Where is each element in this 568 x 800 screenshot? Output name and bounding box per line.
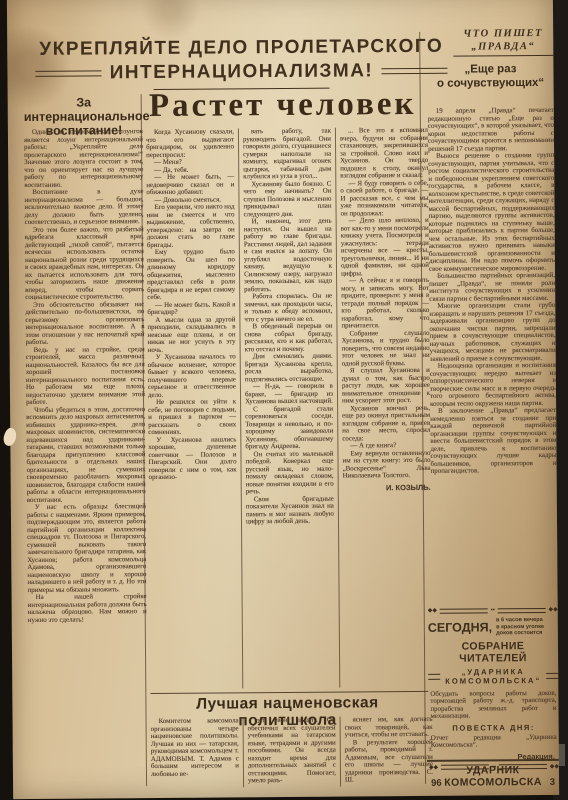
today-detail-line3: доков состоится — [496, 630, 542, 636]
right-article-body: 19 апреля „Правда“ печатает редакционную… — [428, 107, 558, 600]
ornament-glyph: ◆◆ — [548, 607, 557, 613]
paragraph: В результате хорошей работы, проводимой … — [345, 738, 433, 784]
paragraph: — Я буду говорить о себе, о своей работе… — [340, 179, 428, 217]
paragraph: Многие организации стали грубо извращать… — [429, 302, 555, 363]
right-article-title: „Еще раз о сочувствующих“ — [427, 63, 553, 91]
paragraph: вать работу, так руководить бригадой. Он… — [243, 128, 331, 181]
today-detail-line2: в красном уголке — [496, 624, 544, 630]
newspaper-page: УКРЕПЛЯЙТЕ ДЕЛО ПРОЛЕТАРСКОГО ИНТЕРНАЦИО… — [7, 0, 559, 799]
newspaper-scan: { "masthead": { "slogan_line1": "УКРЕПЛЯ… — [0, 0, 568, 800]
paragraph: Это тем более важно, что разбитый вдребе… — [25, 226, 145, 302]
paragraph: Вынося решение о создании групп сочувств… — [428, 152, 555, 273]
paragraph: Его уверили, что никто над ним не смеетс… — [146, 203, 234, 249]
slogan-line2-row: ИНТЕРНАЦИОНАЛИЗМА! — [35, 60, 447, 85]
meeting-title: СОБРАНИЕ ЧИТАТЕЛЕЙ — [428, 640, 558, 665]
page-number: 3 — [550, 777, 555, 788]
masthead-slogan: УКРЕПЛЯЙТЕ ДЕЛО ПРОЛЕТАРСКОГО ИНТЕРНАЦИО… — [35, 36, 447, 91]
ornament-line — [498, 607, 546, 612]
paragraph: 19 апреля „Правда“ печатает редакционную… — [428, 107, 554, 153]
paragraph: В обеденный перерыв он снова собрал бриг… — [244, 323, 332, 354]
double-rule-left — [35, 70, 101, 77]
box-paper-name-row: „УДАРНИКА КОМСОМОЛЬСКА“ — [428, 667, 558, 686]
paragraph: Свои бригадные показатели Хусаинов знал … — [246, 495, 334, 526]
paragraph: ясняет им, как догнать своих товарищей, … — [345, 716, 433, 739]
box-body-text: Обсудить вопросы работы доков, тормозяще… — [430, 690, 556, 721]
kicker-line1: ЧТО ПИШЕТ — [453, 27, 553, 41]
ornament-line — [440, 608, 488, 613]
slogan-line1: УКРЕПЛЯЙТЕ ДЕЛО ПРОЛЕТАРСКОГО — [35, 36, 447, 61]
paragraph: У нас есть образцы блестящей работы с на… — [27, 503, 147, 594]
equals-rule-right — [546, 673, 558, 679]
box-top-ornament: ◆◆ ▪▪ ◆◆ — [428, 607, 558, 614]
today-label: СЕГОДНЯ, — [428, 620, 492, 635]
paragraph: На нашей стройке интернациональная работ… — [28, 593, 147, 624]
agenda-text: Отчет редакции „Ударника Комсомольска“. — [431, 734, 557, 750]
main-headline: Растет человек — [143, 86, 423, 124]
right-title-line2: о сочувствующих“ — [428, 76, 554, 90]
paragraph: У Хусаинова началось то обычное волнение… — [148, 353, 236, 399]
paragraph: Хусаинов кончил речь, еще раз окинул при… — [342, 404, 430, 442]
paragraph: У Хусаинова нашлись хорошие, душевные со… — [148, 436, 236, 482]
paragraph: А мысли одна за другой приходили, склады… — [147, 316, 235, 354]
right-title-line1: „Еще раз — [427, 63, 553, 77]
bottom-article-column-1: Комитетом комсомола организованы четыре … — [151, 717, 240, 788]
box-paper-name: „УДАРНИКА КОМСОМОЛЬСКА“ — [445, 667, 541, 686]
paper-name-line1: „УДАРНИКА — [462, 667, 525, 676]
main-article-column-3: ... Все это я вспомнил вчера, будучи на … — [340, 127, 432, 688]
main-column-rule-2 — [335, 128, 340, 688]
left-title-line1: За интернациональное — [24, 95, 144, 124]
slogan-line2: ИНТЕРНАЦИОНАЛИЗМА! — [110, 60, 374, 84]
main-column-rule-1 — [238, 128, 243, 688]
author-signature: И. КОЗЫЛЬ. — [343, 483, 431, 491]
paragraph: Воспитание в духе интернационализма — бо… — [24, 188, 143, 226]
main-column-3-text: ... Все это я вспомнил вчера, будучи на … — [340, 127, 431, 480]
paragraph: Недооценка организации и воспитания сочу… — [430, 362, 556, 408]
today-details: в 6 часов вечера в красном уголке доков … — [496, 617, 544, 637]
main-article-column-2: вать работу, так руководить бригадой. Он… — [243, 128, 335, 689]
paragraph: Ему вернули оставленную им на стуле книг… — [342, 449, 430, 480]
paragraph: Когда Хусаинову сказали, что его выдвига… — [146, 128, 234, 159]
paragraph: Работа спорилась. Он не замечал, как про… — [244, 293, 332, 324]
paragraph: — Не может быть. Какой я бригадир? — [147, 301, 235, 317]
paragraph: Это обстоятельство обязывает нас действи… — [25, 301, 144, 347]
paragraph: С бригадой стали соревноваться соседи. Т… — [245, 405, 333, 451]
left-article-body: Одним из первомайских лозунгов является … — [24, 128, 148, 785]
pravda-kicker: ЧТО ПИШЕТ „ПРАВДА“ — [453, 27, 553, 57]
today-detail-line1: в 6 часов вечера — [496, 617, 543, 623]
paragraph: И, наконец, этот день наступил. Он вышел… — [244, 218, 333, 294]
paragraph: Не решился он уйти к себе, не поговорив … — [148, 398, 236, 436]
paragraph: Хусаинову было боязно. С чего ему начина… — [243, 180, 331, 218]
paragraph: Я слушал Хусаинова и думал о том, как бы… — [342, 367, 430, 405]
paragraph: Большинство партийных организаций, пишет… — [429, 272, 555, 303]
paragraph: дет свою школу. Он обеспечил всех слушат… — [248, 717, 337, 785]
paragraph: Одним из первомайских лозунгов является … — [24, 128, 143, 189]
paragraph: Дни сменялись днями. Бригада Хусаинова к… — [245, 353, 333, 384]
paragraph: Ему трудно было поверить. Он шел по длин… — [147, 248, 235, 301]
issue-number: 96 — [431, 778, 442, 789]
paragraph: Чтобы убедиться в этом, достаточно вспом… — [26, 406, 146, 504]
paragraph: — А сейчас я и говорить могу, и записать… — [341, 277, 429, 330]
paragraph: Он считал это маленькой победой. Коверка… — [245, 450, 333, 496]
paragraph: — Дело шло неплохо, и вот как-то у меня … — [341, 217, 429, 278]
paper-name-line2: КОМСОМОЛЬСКА“ — [445, 676, 541, 686]
paragraph: — Н-да, — говорили в бараке, — бригадир … — [245, 383, 333, 406]
equals-rule-left — [428, 674, 440, 680]
paragraph: В заключение „Правда“ предлагает немедле… — [430, 407, 557, 475]
paragraph: Комитетом комсомола организованы четыре … — [151, 717, 239, 778]
announcement-box: ◆◆ ▪▪ ◆◆ СЕГОДНЯ, в 6 часов вечера в кра… — [428, 607, 559, 771]
paragraph: Ведь у нас на стройке, среди строителей,… — [26, 346, 145, 407]
footer-numbers: 96 3 — [431, 777, 555, 789]
ornament-glyph: ▪▪ — [491, 607, 495, 613]
today-header: СЕГОДНЯ, в 6 часов вечера в красном угол… — [428, 617, 558, 638]
bottom-article-column-3: ясняет им, как догнать своих товарищей, … — [345, 716, 434, 787]
paragraph: — Не может быть, — недоверчиво сказал он… — [146, 173, 234, 196]
main-article-column-1: Когда Хусаинову сказали, что его выдвига… — [146, 128, 238, 689]
bottom-article-column-2: дет свою школу. Он обеспечил всех слушат… — [248, 717, 337, 788]
agenda-label: ПОВЕСТКА ДНЯ: — [429, 723, 559, 733]
kicker-line2: „ПРАВДА“ — [453, 40, 553, 54]
paragraph: ... Все это я вспомнил вчера, будучи на … — [340, 127, 428, 180]
ornament-glyph: ◆◆ — [428, 608, 437, 614]
paragraph: Собрание слушало Хусаинова, и трудно был… — [341, 329, 429, 367]
